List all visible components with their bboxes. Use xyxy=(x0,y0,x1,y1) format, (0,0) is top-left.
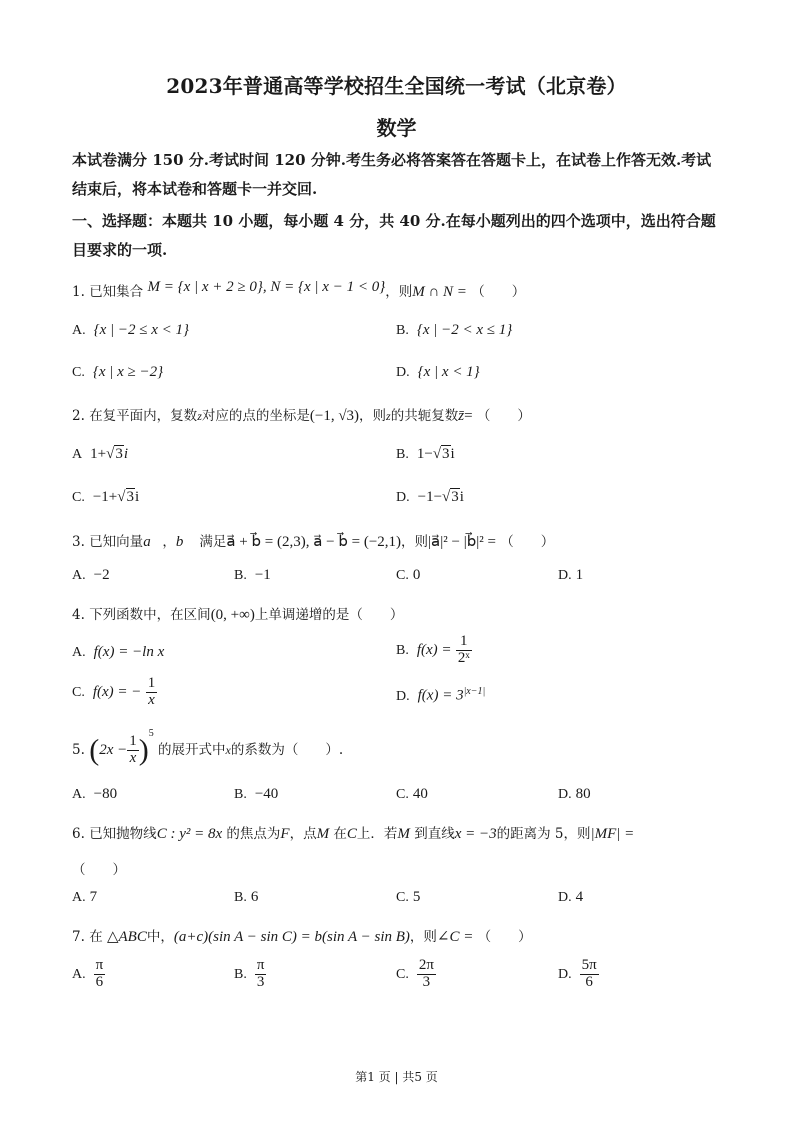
math-variable: a⃗ xyxy=(143,534,162,550)
right-paren: ) xyxy=(139,734,149,767)
sqrt-symbol: √3 xyxy=(442,488,460,505)
math-variable: C xyxy=(347,826,357,842)
denominator: x xyxy=(127,751,139,767)
question-text: 的焦点为 xyxy=(226,826,280,842)
option-label: C. xyxy=(396,967,409,982)
answer-blank: （ ） xyxy=(477,408,531,424)
option-label: B. xyxy=(396,447,409,462)
question-4: 4. 下列函数中，在区间(0, +∞)上单调递增的是（ ） xyxy=(72,603,403,624)
option-text: 4 xyxy=(576,889,584,905)
option-text: f(x) = − xyxy=(93,684,142,700)
option-text: {x | x ≥ −2} xyxy=(93,364,163,380)
numerator: π xyxy=(94,958,106,975)
option-label: A. xyxy=(72,787,86,802)
option-text: 1+ xyxy=(90,446,106,462)
option-2d: D.−1−√3i xyxy=(396,489,464,506)
option-label: C. xyxy=(396,787,409,802)
question-text: ， xyxy=(162,534,176,550)
fraction: 2π3 xyxy=(417,958,436,991)
option-label: A. xyxy=(72,645,86,660)
option-7b: B.π3 xyxy=(234,958,266,991)
option-label: A. xyxy=(72,967,86,982)
option-text: i xyxy=(451,446,455,462)
math-variable: F xyxy=(280,826,289,842)
option-4c: C.f(x) = − 1x xyxy=(72,676,157,709)
question-3: 3. 已知向量a⃗，b⃗ 满足a⃗ + b⃗ = (2,3), a⃗ − b⃗ … xyxy=(72,530,554,551)
math-expression: C : y² = 8x xyxy=(157,826,222,842)
math-expression: = xyxy=(464,408,472,424)
option-text: f(x) = −ln x xyxy=(94,644,165,660)
section-heading: 一、选择题：本题共 10 小题，每小题 4 分，共 40 分.在每小题列出的四个… xyxy=(72,207,722,265)
math-expression: M = {x | x + 2 ≥ 0}, N = {x | x − 1 < 0} xyxy=(147,279,385,295)
option-label: B. xyxy=(396,323,409,338)
question-text: 的共轭复数 xyxy=(391,408,459,424)
question-number: 7. xyxy=(72,929,85,945)
numerator: 5π xyxy=(580,958,599,975)
option-7c: C.2π3 xyxy=(396,958,436,991)
question-text: 上．若 xyxy=(357,826,398,842)
option-6b: B.6 xyxy=(234,889,258,906)
fraction: 1x xyxy=(146,676,158,709)
question-text: 在 xyxy=(333,826,347,842)
numerator: π xyxy=(255,958,267,975)
option-text: −2 xyxy=(94,567,110,583)
question-2: 2. 在复平面内，复数z对应的点的坐标是(−1, √3)，则z的共轭复数z̄= … xyxy=(72,404,531,425)
option-6a: A.7 xyxy=(72,889,97,906)
option-text: 1− xyxy=(417,446,433,462)
option-label: B. xyxy=(234,787,247,802)
question-number: 2. xyxy=(72,408,85,424)
denominator: 6 xyxy=(580,975,599,991)
option-4b: B.f(x) = 12ˣ xyxy=(396,634,472,667)
denominator: 6 xyxy=(94,975,106,991)
option-4a: A.f(x) = −ln x xyxy=(72,644,164,661)
option-2c: C.−1+√3i xyxy=(72,489,139,506)
option-label: D. xyxy=(396,689,410,704)
option-text: 1 xyxy=(576,567,584,583)
math-expression: (−1, √3) xyxy=(310,408,359,424)
numerator: 1 xyxy=(146,676,158,693)
option-label: B. xyxy=(396,643,409,658)
question-text: 对应的点的坐标是 xyxy=(202,408,310,424)
math-expression: ∠C = xyxy=(437,929,473,945)
radicand: 3 xyxy=(450,488,460,505)
option-1c: C.{x | x ≥ −2} xyxy=(72,364,163,381)
option-text: f(x) = 3 xyxy=(418,688,464,704)
math-variable: b⃗ xyxy=(176,534,195,550)
answer-blank: （ ） xyxy=(72,858,126,878)
question-text: 满足 xyxy=(199,534,226,550)
option-text: {x | x < 1} xyxy=(418,364,480,380)
question-text: 下列函数中，在区间 xyxy=(89,607,211,623)
denominator: 3 xyxy=(417,975,436,991)
question-number: 1. xyxy=(72,284,85,300)
option-6d: D.4 xyxy=(558,889,583,906)
page-footer: 第1 页 | 共5 页 xyxy=(0,1068,793,1085)
denominator: x xyxy=(146,693,158,709)
numerator: 1 xyxy=(456,634,472,651)
math-expression: |a⃗|² − |b⃗|² = xyxy=(428,534,496,550)
option-7a: A.π6 xyxy=(72,958,105,991)
question-text: 的系数为（ ）. xyxy=(231,742,343,758)
option-label: C. xyxy=(396,890,409,905)
exam-page: 2023年普通高等学校招生全国统一考试（北京卷） 数学 本试卷满分 150 分.… xyxy=(0,0,793,1122)
radicand: 3 xyxy=(114,445,124,462)
question-text: ，点 xyxy=(290,826,317,842)
option-4d: D.f(x) = 3|x−1| xyxy=(396,686,485,705)
option-text: 5 xyxy=(413,889,421,905)
sqrt-symbol: √3 xyxy=(117,488,135,505)
question-text: ，则 xyxy=(410,929,437,945)
fraction: 12ˣ xyxy=(456,634,472,667)
option-5d: D.80 xyxy=(558,786,591,803)
question-number: 6. xyxy=(72,826,85,842)
option-label: A. xyxy=(72,323,86,338)
option-text: 80 xyxy=(576,786,591,802)
left-paren: ( xyxy=(89,734,99,767)
option-label: D. xyxy=(396,365,410,380)
question-number: 4. xyxy=(72,607,85,623)
exam-title: 2023年普通高等学校招生全国统一考试（北京卷） xyxy=(0,70,793,99)
question-text: 在复平面内，复数 xyxy=(89,408,197,424)
option-label: B. xyxy=(234,890,247,905)
option-label: C. xyxy=(396,568,409,583)
option-text: −1+ xyxy=(93,489,117,505)
option-3b: B.−1 xyxy=(234,567,271,584)
option-1b: B.{x | −2 < x ≤ 1} xyxy=(396,322,512,339)
question-text: 的距离为 5，则 xyxy=(497,826,591,842)
question-text: 中， xyxy=(147,929,174,945)
math-variable: M xyxy=(397,826,410,842)
radicand: 3 xyxy=(441,445,451,462)
option-label: A. xyxy=(72,568,86,583)
question-1: 1. 已知集合 M = {x | x + 2 ≥ 0}, N = {x | x … xyxy=(72,280,525,301)
option-label: A xyxy=(72,447,82,462)
option-7d: D.5π6 xyxy=(558,958,599,991)
answer-blank: （ ） xyxy=(478,929,532,945)
denominator: 3 xyxy=(255,975,267,991)
question-5: 5. (2x −1x)5 的展开式中x的系数为（ ）. xyxy=(72,728,343,768)
option-3d: D.1 xyxy=(558,567,583,584)
fraction: π6 xyxy=(94,958,106,991)
math-expression: (a+c)(sin A − sin C) = b(sin A − sin B) xyxy=(174,929,410,945)
option-2a: A1+√3i xyxy=(72,446,128,463)
answer-blank: （ ） xyxy=(500,534,554,550)
sqrt-symbol: √3 xyxy=(106,445,124,462)
sqrt-symbol: √3 xyxy=(433,445,451,462)
option-label: C. xyxy=(72,490,85,505)
option-label: D. xyxy=(558,568,572,583)
math-expression: |MF| = xyxy=(591,826,635,842)
option-text: 40 xyxy=(413,786,428,802)
option-2b: B.1−√3i xyxy=(396,446,455,463)
question-text: ，则 xyxy=(385,284,412,300)
radicand: 3 xyxy=(126,488,136,505)
exam-instructions: 本试卷满分 150 分.考试时间 120 分钟.考生务必将答案答在答题卡上，在试… xyxy=(72,146,722,204)
question-6: 6. 已知抛物线C : y² = 8x 的焦点为F，点M 在C上．若M 到直线x… xyxy=(72,822,634,843)
option-label: D. xyxy=(396,490,410,505)
option-text: 0 xyxy=(413,567,421,583)
math-expression: x = −3 xyxy=(455,826,497,842)
question-text: 上单调递增的是（ ） xyxy=(255,607,404,623)
answer-blank: （ ） xyxy=(471,284,525,300)
option-text: 6 xyxy=(251,889,259,905)
option-5b: B.−40 xyxy=(234,786,278,803)
question-text: 已知向量 xyxy=(89,534,143,550)
option-1a: A.{x | −2 ≤ x < 1} xyxy=(72,322,189,339)
option-label: A. xyxy=(72,890,86,905)
fraction: π3 xyxy=(255,958,267,991)
option-label: B. xyxy=(234,568,247,583)
option-text: −80 xyxy=(94,786,117,802)
option-text: −1 xyxy=(255,567,271,583)
question-text: 到直线 xyxy=(414,826,455,842)
exponent: 5 xyxy=(149,728,154,739)
numerator: 1 xyxy=(127,734,139,751)
option-1d: D.{x | x < 1} xyxy=(396,364,480,381)
question-text: 已知集合 xyxy=(89,284,143,300)
math-expression: △ABC xyxy=(107,929,147,945)
option-text: {x | −2 < x ≤ 1} xyxy=(417,322,512,338)
exponent: |x−1| xyxy=(464,686,486,697)
numerator: 2π xyxy=(417,958,436,975)
option-text: −40 xyxy=(255,786,278,802)
option-label: C. xyxy=(72,365,85,380)
option-label: D. xyxy=(558,967,572,982)
fraction: 5π6 xyxy=(580,958,599,991)
option-text: i xyxy=(135,489,139,505)
math-expression: 2x − xyxy=(99,742,127,758)
option-text: 7 xyxy=(90,889,98,905)
option-3a: A.−2 xyxy=(72,567,110,584)
option-label: D. xyxy=(558,890,572,905)
question-text: 已知抛物线 xyxy=(89,826,157,842)
option-label: C. xyxy=(72,685,85,700)
question-number: 5. xyxy=(72,742,85,758)
exam-subject: 数学 xyxy=(0,112,793,141)
option-text: i xyxy=(124,446,128,462)
option-text: f(x) = xyxy=(417,642,452,658)
question-number: 3. xyxy=(72,534,85,550)
math-expression: M ∩ N = xyxy=(412,284,467,300)
question-text: ，则 xyxy=(359,408,386,424)
question-text: 在 xyxy=(89,929,103,945)
option-5c: C.40 xyxy=(396,786,428,803)
option-6c: C.5 xyxy=(396,889,420,906)
math-expression: a⃗ + b⃗ = (2,3), a⃗ − b⃗ = (−2,1) xyxy=(226,534,401,550)
option-text: −1− xyxy=(418,489,442,505)
math-variable: M xyxy=(317,826,330,842)
option-text: {x | −2 ≤ x < 1} xyxy=(94,322,189,338)
option-label: B. xyxy=(234,967,247,982)
option-label: D. xyxy=(558,787,572,802)
math-expression: (0, +∞) xyxy=(211,607,255,623)
option-5a: A.−80 xyxy=(72,786,117,803)
fraction: 1x xyxy=(127,734,139,767)
option-text: i xyxy=(460,489,464,505)
question-7: 7. 在 △ABC中，(a+c)(sin A − sin C) = b(sin … xyxy=(72,925,532,946)
option-3c: C.0 xyxy=(396,567,420,584)
question-text: ，则 xyxy=(401,534,428,550)
question-text: 的展开式中 xyxy=(158,742,226,758)
denominator: 2ˣ xyxy=(456,651,472,667)
